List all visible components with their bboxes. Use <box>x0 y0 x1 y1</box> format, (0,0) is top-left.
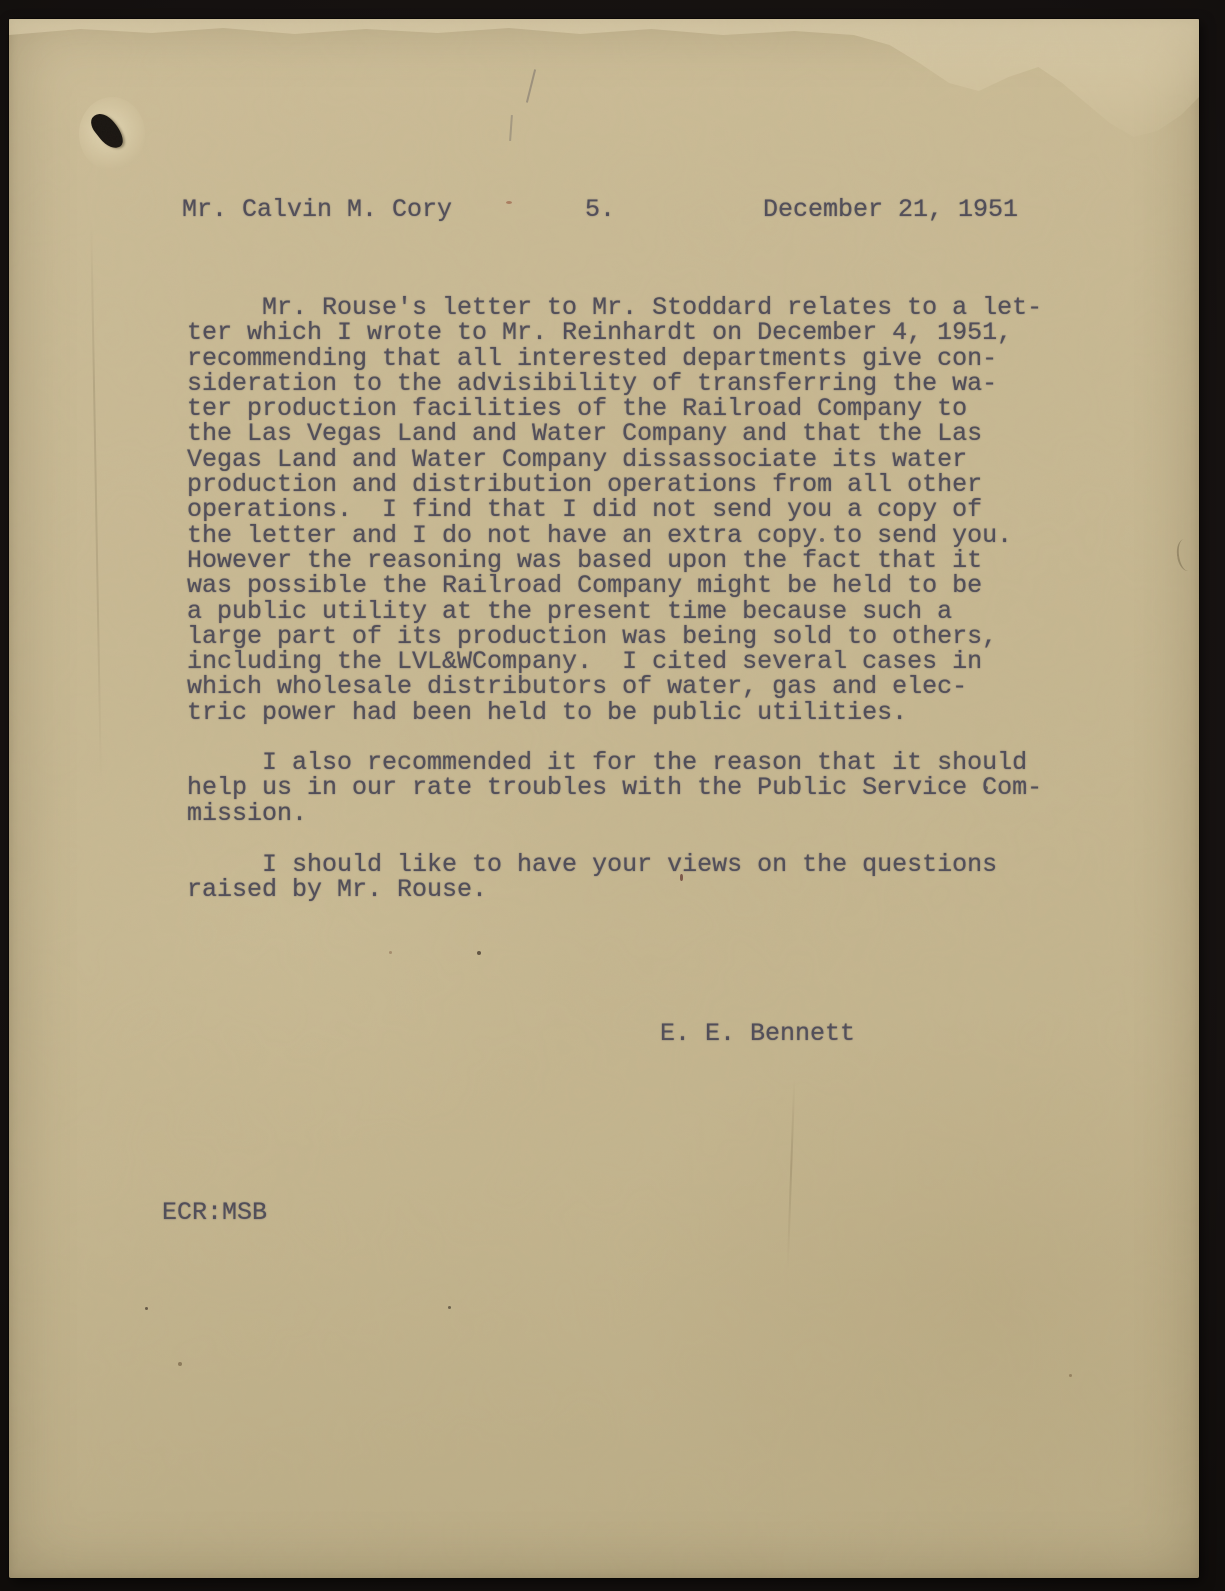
paper-fiber <box>787 1079 796 1269</box>
recipient-name: Mr. Calvin M. Cory <box>182 197 452 222</box>
punch-hole <box>73 89 153 179</box>
letter-paragraph-2: I also recommended it for the reason tha… <box>187 750 1042 826</box>
letter-page: Mr. Calvin M. Cory 5. December 21, 1951 … <box>9 19 1199 1578</box>
punch-hole-opening <box>87 109 128 153</box>
signature-name: E. E. Bennett <box>660 1021 855 1046</box>
pencil-mark <box>526 69 536 102</box>
pencil-mark <box>509 115 513 141</box>
paper-speck <box>1069 1374 1072 1377</box>
paper-speck <box>477 951 481 955</box>
paper-top-tear <box>9 19 1199 154</box>
rust-fleck <box>506 201 512 204</box>
paper-speck <box>178 1362 182 1366</box>
punch-hole-ring <box>79 97 145 171</box>
typist-reference: ECR:MSB <box>162 1200 267 1225</box>
paper-speck <box>389 951 392 954</box>
paper-crease <box>90 219 102 779</box>
scan-backdrop: Mr. Calvin M. Cory 5. December 21, 1951 … <box>0 0 1225 1591</box>
letter-date: December 21, 1951 <box>763 197 1018 222</box>
paper-speck <box>448 1306 451 1309</box>
paper-curl-mark <box>1175 538 1197 572</box>
letter-paragraph-3: I should like to have your views on the … <box>187 852 997 903</box>
page-number: 5. <box>585 197 615 222</box>
letter-paragraph-1: Mr. Rouse's letter to Mr. Stoddard relat… <box>187 295 1042 725</box>
paper-speck <box>145 1307 148 1310</box>
